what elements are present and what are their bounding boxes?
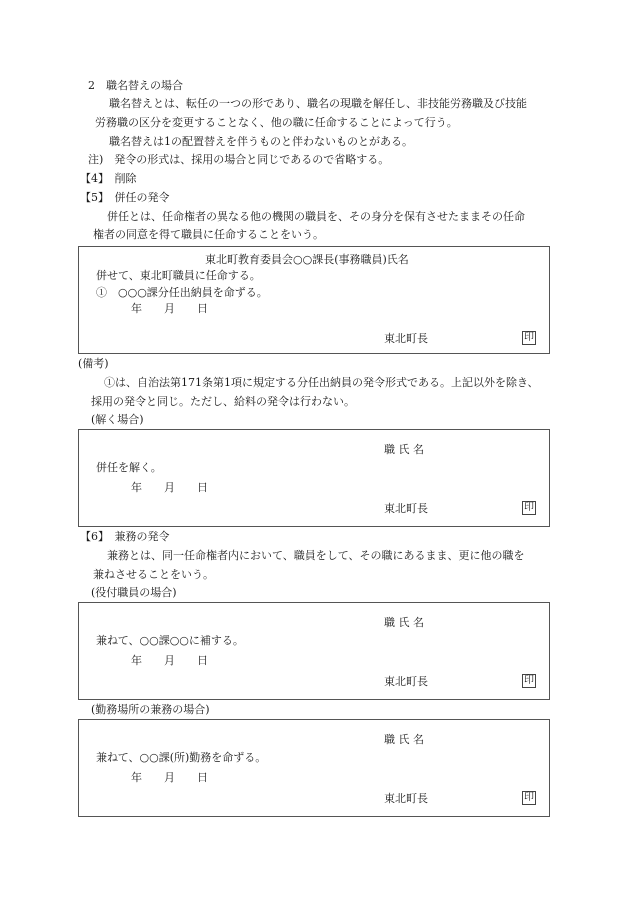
remarks-line2: 採用の発令と同じ。ただし、給料の発令は行わない。 bbox=[91, 395, 355, 409]
seal-stamp-icon: 印 bbox=[522, 791, 536, 805]
form-date: 年 月 日 bbox=[131, 654, 208, 668]
section-6-para-line1: 兼務とは、同一任命権者内において、職員をして、その職にあるまま、更に他の職を bbox=[107, 549, 525, 563]
form-staff-name: 職 氏 名 bbox=[384, 733, 424, 747]
remarks-label: (備考) bbox=[78, 357, 109, 371]
remarks-line1: ①は、自治法第171条第1項に規定する分任出納員の発令形式である。上記以外を除き… bbox=[104, 376, 539, 390]
section-5-para-line1: 併任とは、任命権者の異なる他の機関の職員を、その身分を保有させたままその任命 bbox=[107, 210, 525, 224]
section-2-para2: 職名替えは1の配置替えを伴うものと伴わないものとがある。 bbox=[109, 135, 413, 149]
release-case-label: (解く場合) bbox=[91, 413, 144, 427]
section-5-heading: 【5】 併任の発令 bbox=[80, 191, 170, 205]
section-6-heading: 【6】 兼務の発令 bbox=[80, 530, 170, 544]
form-date: 年 月 日 bbox=[131, 302, 208, 316]
form-line-1: 兼ねて、○○課(所)勤務を命ずる。 bbox=[96, 751, 266, 765]
form-date: 年 月 日 bbox=[131, 771, 208, 785]
section-2-para1-line2: 労務職の区分を変更することなく、他の職に任命することによって行う。 bbox=[95, 116, 458, 130]
form-issuer: 東北町長 bbox=[384, 502, 428, 516]
seal-stamp-icon: 印 bbox=[522, 501, 536, 515]
section-6-para-line2: 兼ねさせることをいう。 bbox=[93, 568, 214, 582]
seal-stamp-icon: 印 bbox=[522, 674, 536, 688]
form-date: 年 月 日 bbox=[131, 481, 208, 495]
section-2-note: 注) 発令の形式は、採用の場合と同じであるので省略する。 bbox=[88, 153, 389, 167]
case-managerial-label: (役付職員の場合) bbox=[91, 586, 177, 600]
form-line-1: 併せて、東北町職員に任命する。 bbox=[96, 269, 261, 283]
section-5-para-line2: 権者の同意を得て職員に任命することをいう。 bbox=[93, 228, 324, 242]
section-4-heading: 【4】 削除 bbox=[80, 172, 137, 186]
form-line-2: ① ○○○課分任出納員を命ずる。 bbox=[96, 286, 268, 300]
form-staff-name: 職 氏 名 bbox=[384, 443, 424, 457]
form-staff-name: 職 氏 名 bbox=[384, 616, 424, 630]
form-issuer: 東北町長 bbox=[384, 675, 428, 689]
form-title: 東北町教育委員会○○課長(事務職員)氏名 bbox=[205, 253, 409, 267]
section-2-para1-line1: 職名替えとは、転任の一つの形であり、職名の現職を解任し、非技能労務職及び技能 bbox=[109, 97, 527, 111]
form-issuer: 東北町長 bbox=[384, 792, 428, 806]
concurrent-duty-form-workplace: 職 氏 名 兼ねて、○○課(所)勤務を命ずる。 年 月 日 東北町長 印 bbox=[78, 719, 550, 817]
release-form: 職 氏 名 併任を解く。 年 月 日 東北町長 印 bbox=[78, 429, 550, 527]
concurrent-duty-form-managerial: 職 氏 名 兼ねて、○○課○○に補する。 年 月 日 東北町長 印 bbox=[78, 602, 550, 700]
case-workplace-label: (勤務場所の兼務の場合) bbox=[91, 703, 210, 717]
seal-stamp-icon: 印 bbox=[522, 331, 536, 345]
appointment-form-concurrent: 東北町教育委員会○○課長(事務職員)氏名 併せて、東北町職員に任命する。 ① ○… bbox=[78, 246, 550, 354]
form-line-1: 併任を解く。 bbox=[96, 461, 162, 475]
section-2-heading: 2 職名替えの場合 bbox=[88, 79, 183, 93]
form-issuer: 東北町長 bbox=[384, 332, 428, 346]
form-line-1: 兼ねて、○○課○○に補する。 bbox=[96, 634, 244, 648]
